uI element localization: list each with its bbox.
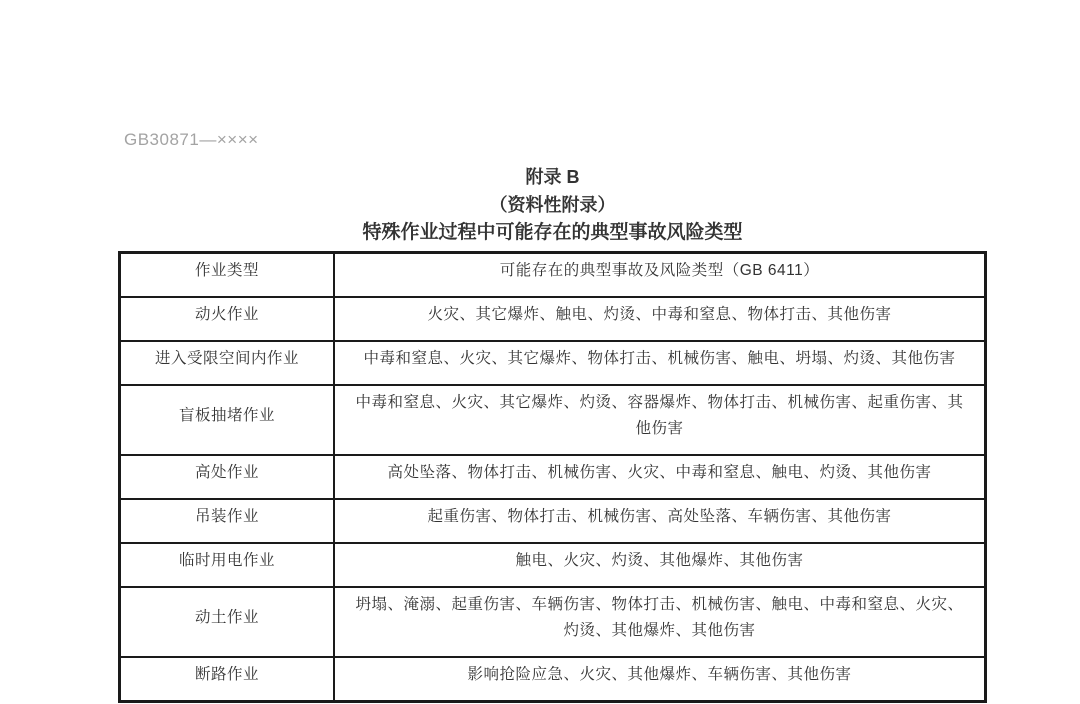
risks-cell: 火灾、其它爆炸、触电、灼烫、中毒和窒息、物体打击、其他伤害: [334, 297, 986, 341]
table-row: 断路作业影响抢险应急、火灾、其他爆炸、车辆伤害、其他伤害: [120, 657, 986, 702]
table-row: 高处作业高处坠落、物体打击、机械伤害、火灾、中毒和窒息、触电、灼烫、其他伤害: [120, 455, 986, 499]
doc-number: GB30871—××××: [124, 130, 259, 150]
risk-table-body: 动火作业火灾、其它爆炸、触电、灼烫、中毒和窒息、物体打击、其他伤害进入受限空间内…: [120, 297, 986, 702]
risks-cell: 中毒和窒息、火灾、其它爆炸、灼烫、容器爆炸、物体打击、机械伤害、起重伤害、其他伤…: [334, 385, 986, 455]
table-row: 盲板抽堵作业中毒和窒息、火灾、其它爆炸、灼烫、容器爆炸、物体打击、机械伤害、起重…: [120, 385, 986, 455]
risks-cell: 起重伤害、物体打击、机械伤害、高处坠落、车辆伤害、其他伤害: [334, 499, 986, 543]
risks-cell: 触电、火灾、灼烫、其他爆炸、其他伤害: [334, 543, 986, 587]
appendix-subtitle: （资料性附录）: [118, 192, 987, 219]
job-type-cell: 吊装作业: [120, 499, 335, 543]
risks-cell: 中毒和窒息、火灾、其它爆炸、物体打击、机械伤害、触电、坍塌、灼烫、其他伤害: [334, 341, 986, 385]
table-row: 临时用电作业触电、火灾、灼烫、其他爆炸、其他伤害: [120, 543, 986, 587]
title-block: 附录 B （资料性附录） 特殊作业过程中可能存在的典型事故风险类型: [118, 164, 987, 247]
table-row: 进入受限空间内作业中毒和窒息、火灾、其它爆炸、物体打击、机械伤害、触电、坍塌、灼…: [120, 341, 986, 385]
appendix-title: 附录 B: [118, 164, 987, 190]
job-type-cell: 进入受限空间内作业: [120, 341, 335, 385]
job-type-cell: 高处作业: [120, 455, 335, 499]
table-row: 动土作业坍塌、淹溺、起重伤害、车辆伤害、物体打击、机械伤害、触电、中毒和窒息、火…: [120, 587, 986, 657]
header-job-type: 作业类型: [120, 253, 335, 298]
header-row: 作业类型 可能存在的典型事故及风险类型（GB 6411）: [120, 253, 986, 298]
job-type-cell: 临时用电作业: [120, 543, 335, 587]
table-title: 特殊作业过程中可能存在的典型事故风险类型: [118, 219, 987, 247]
risk-table: 作业类型 可能存在的典型事故及风险类型（GB 6411） 动火作业火灾、其它爆炸…: [118, 251, 987, 703]
risk-table-header: 作业类型 可能存在的典型事故及风险类型（GB 6411）: [120, 253, 986, 298]
job-type-cell: 动土作业: [120, 587, 335, 657]
risks-cell: 影响抢险应急、火灾、其他爆炸、车辆伤害、其他伤害: [334, 657, 986, 702]
table-row: 动火作业火灾、其它爆炸、触电、灼烫、中毒和窒息、物体打击、其他伤害: [120, 297, 986, 341]
job-type-cell: 动火作业: [120, 297, 335, 341]
job-type-cell: 断路作业: [120, 657, 335, 702]
job-type-cell: 盲板抽堵作业: [120, 385, 335, 455]
risks-cell: 坍塌、淹溺、起重伤害、车辆伤害、物体打击、机械伤害、触电、中毒和窒息、火灾、灼烫…: [334, 587, 986, 657]
header-risks: 可能存在的典型事故及风险类型（GB 6411）: [334, 253, 986, 298]
table-row: 吊装作业起重伤害、物体打击、机械伤害、高处坠落、车辆伤害、其他伤害: [120, 499, 986, 543]
risks-cell: 高处坠落、物体打击、机械伤害、火灾、中毒和窒息、触电、灼烫、其他伤害: [334, 455, 986, 499]
